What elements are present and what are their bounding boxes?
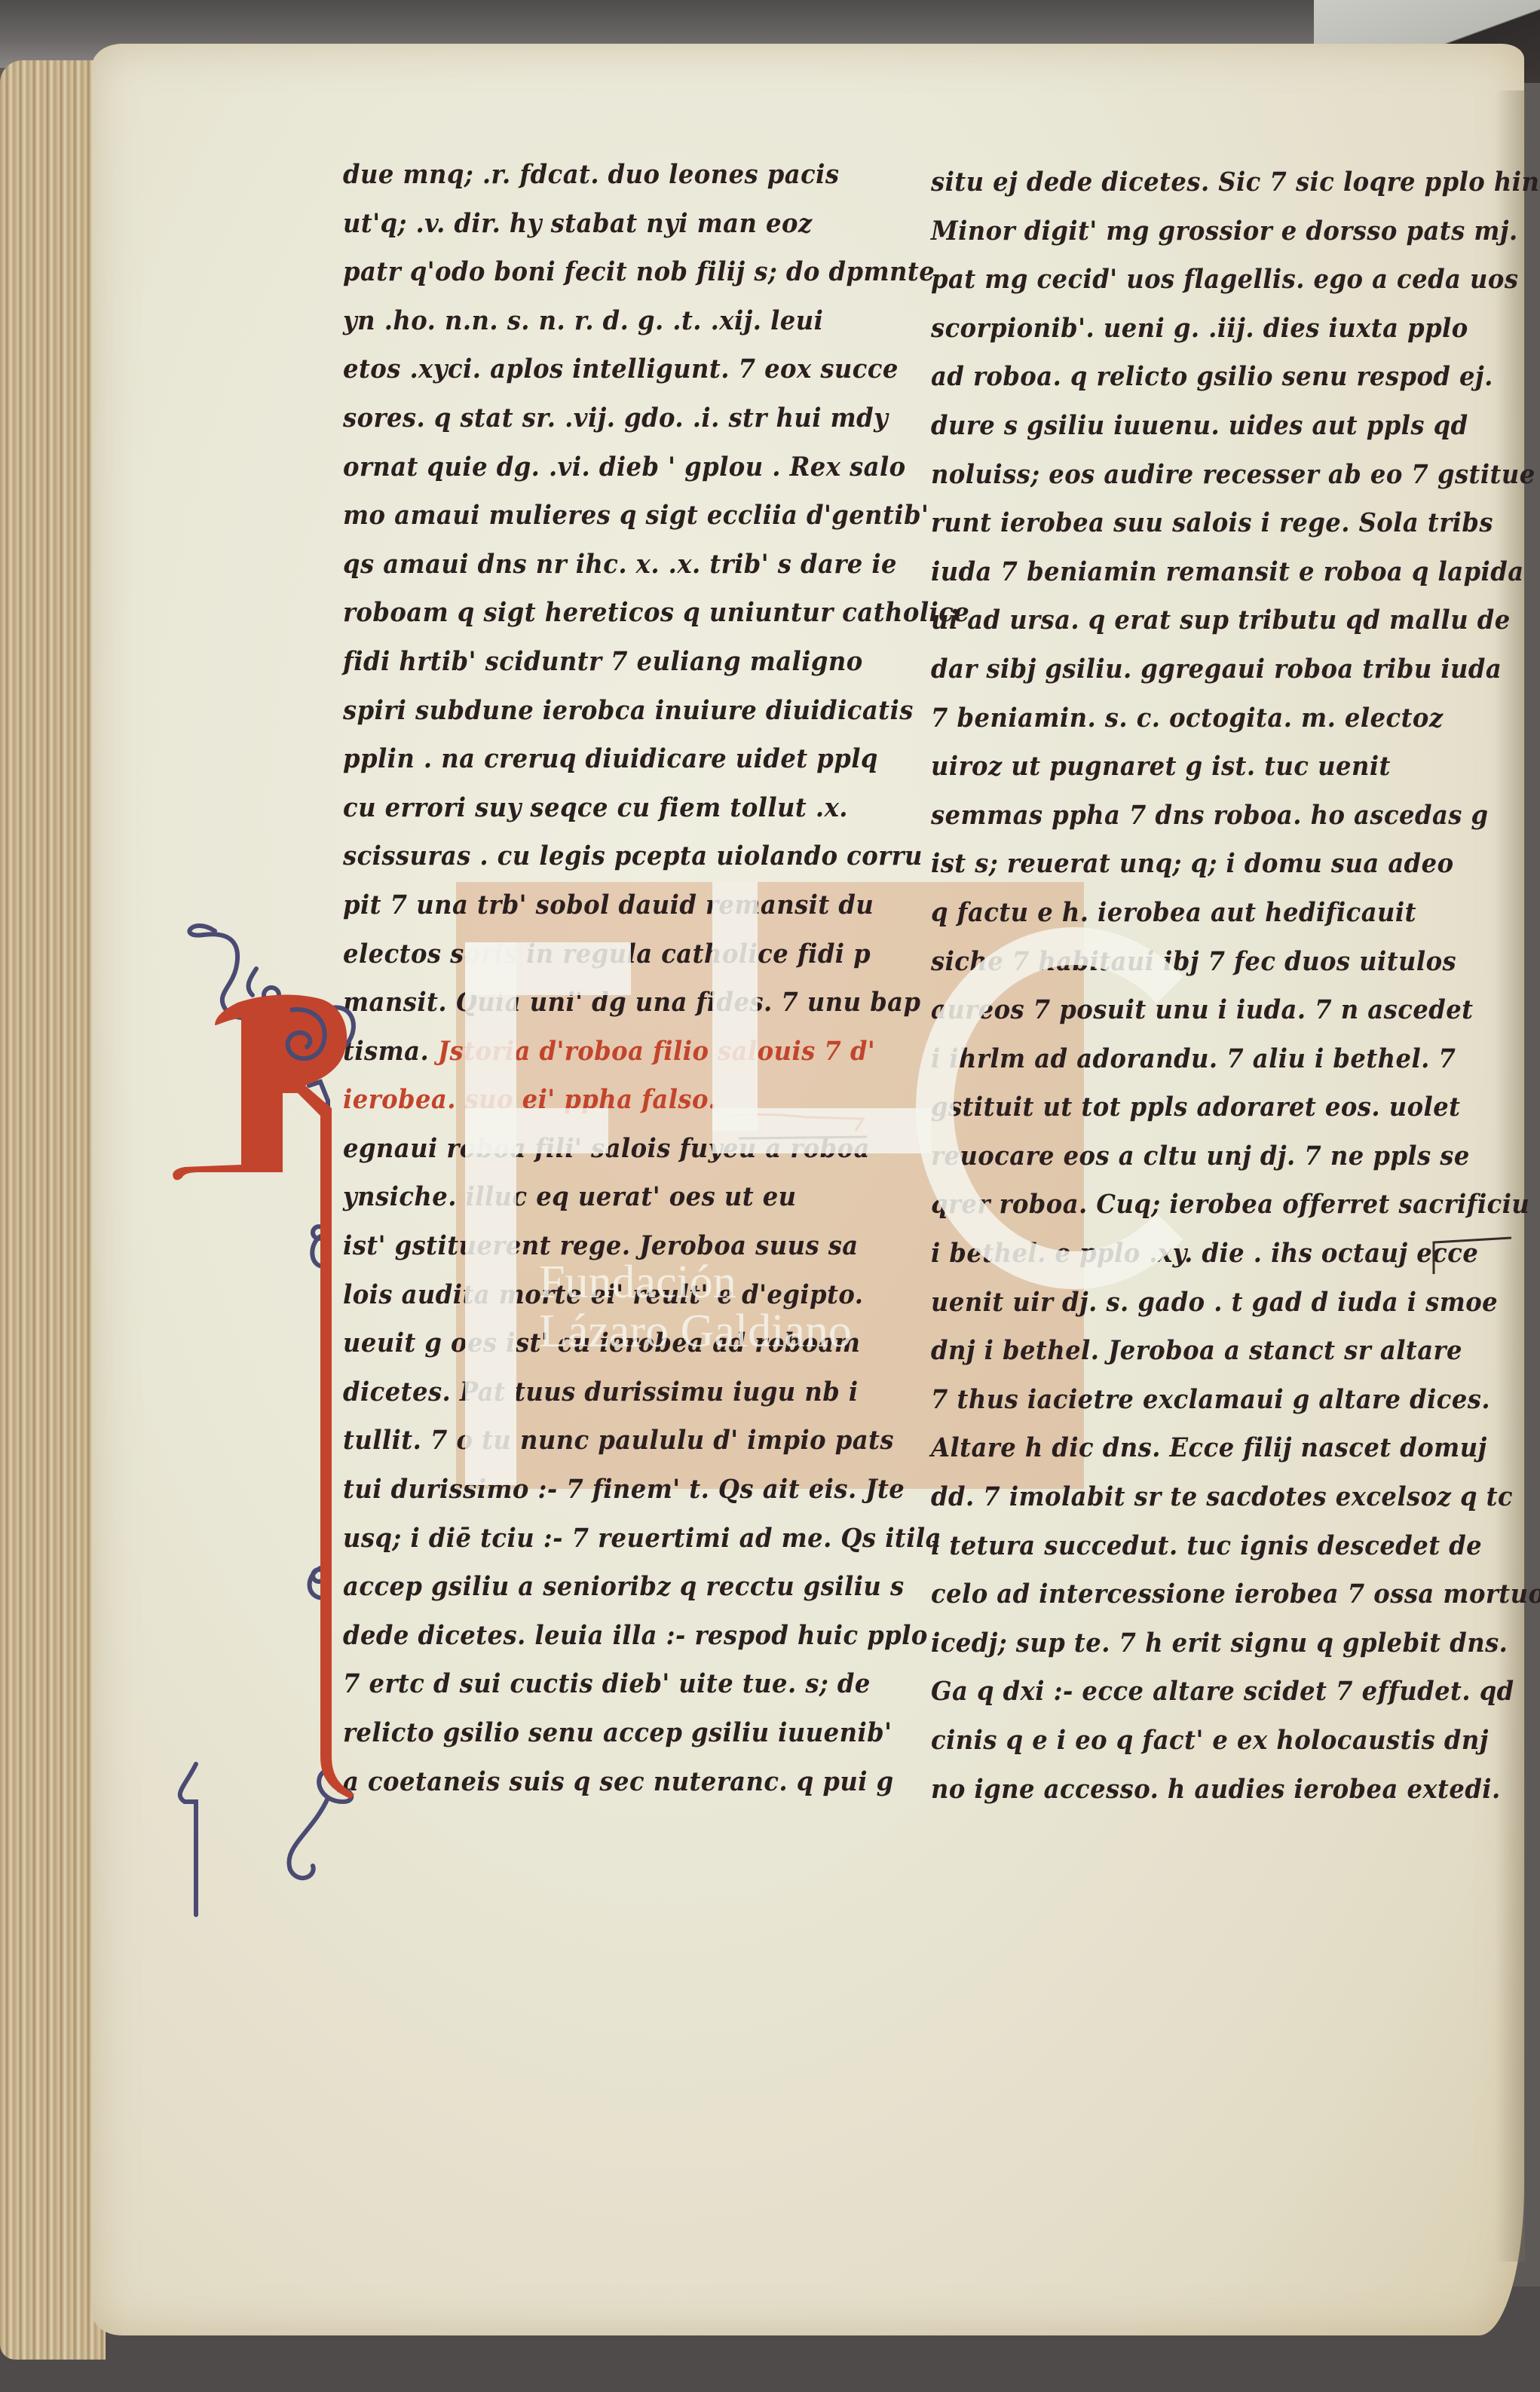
text-line: scissuras . cu legis pcepta uiolando cor… (343, 832, 815, 881)
text-line: Minor digit' mg grossior e dorsso pats m… (931, 207, 1416, 256)
text-line-with-rubric: tisma. Jstoria d'roboa filio salouis 7 d… (343, 1028, 815, 1077)
text-line: patr q'odo boni fecit nob filij s; do dp… (343, 248, 815, 297)
text-line: uiroz ut pugnaret g ist. tuc uenit (931, 743, 1416, 792)
text-line: i bethel. e pplo .xy. die . ihs octauj e… (931, 1230, 1416, 1279)
text-line: pat mg cecid' uos flagellis. ego a ceda … (931, 256, 1416, 305)
text-line: cinis q e i eo q fact' e ex holocaustis … (931, 1717, 1416, 1766)
text-line: q factu e h. ierobea aut hedificauit (931, 889, 1416, 938)
right-text-column: situ ej dede dicetes. Sic 7 sic loqre pp… (931, 158, 1459, 1814)
text-line: 7 thus iacietre exclamaui g altare dices… (931, 1376, 1416, 1425)
page-stack-fore-edge (0, 60, 106, 2360)
text-line: ad roboa. q relicto gsilio senu respod e… (931, 353, 1416, 402)
text-line: scorpionib'. ueni g. .iij. dies iuxta pp… (931, 305, 1416, 354)
text-line: runt ierobea suu salois i rege. Sola tri… (931, 499, 1416, 548)
text-line: dar sibj gsiliu. ggregaui roboa tribu iu… (931, 645, 1416, 694)
text-line: roboam q sigt hereticos q uniuntur catho… (343, 589, 815, 638)
text-line: tullit. 7 o tu nunc paululu d' impio pat… (343, 1417, 815, 1466)
decorated-initial-r (170, 912, 358, 1930)
text-line: icedj; sup te. 7 h erit signu q gplebit … (931, 1619, 1416, 1668)
text-line: ui ad ursa. q erat sup tributu qd mallu … (931, 596, 1416, 645)
text-line: qrer roboa. Cuq; ierobea offerret sacrif… (931, 1181, 1416, 1230)
text-line: dnj i bethel. Jeroboa a stanct sr altare (931, 1327, 1416, 1376)
text-line: qs amaui dns nr ihc. x. .x. trib' s dare… (343, 541, 815, 590)
text-line: Altare h dic dns. Ecce filij nascet domu… (931, 1424, 1416, 1473)
text-line: reuocare eos a cltu unj dj. 7 ne ppls se (931, 1132, 1416, 1181)
text-line: aureos 7 posuit unu i iuda. 7 n ascedet (931, 986, 1416, 1035)
text-line: cu errori suy seqce cu fiem tollut .x. (343, 784, 815, 833)
text-line: dede dicetes. leuia illa :- respod huic … (343, 1612, 815, 1661)
text-line: mansit. Quia uni' dg una fides. 7 unu ba… (343, 979, 815, 1028)
text-line: ynsiche. illuc eq uerat' oes ut eu (343, 1173, 815, 1222)
text-line: dicetes. Pat tuus durissimu iugu nb i (343, 1368, 815, 1417)
text-line: uenit uir dj. s. gado . t gad d iuda i s… (931, 1279, 1416, 1328)
text-line: 7 beniamin. s. c. octogita. m. electoz (931, 694, 1416, 743)
text-line: pit 7 una trb' sobol dauid remansit du (343, 881, 815, 930)
text-line: semmas ppha 7 dns roboa. ho ascedas g (931, 792, 1416, 841)
text-line: accep gsiliu a senioribz q recctu gsiliu… (343, 1563, 815, 1612)
text-line: sores. q stat sr. .vij. gdo. .i. str hui… (343, 394, 815, 443)
text-line: siche 7 habitaui ibj 7 fec duos uitulos (931, 938, 1416, 987)
text-line: ueuit g oes ist' cu ierobea ad roboam (343, 1319, 815, 1368)
text-line: gstituit ut tot ppls adoraret eos. uolet (931, 1083, 1416, 1132)
text-line: dure s gsiliu iuuenu. uides aut ppls qd (931, 402, 1416, 451)
text-line: mo amaui mulieres q sigt eccliia d'genti… (343, 492, 815, 541)
text-line: electos soris in regula catholice fidi p (343, 930, 815, 979)
text-line: a coetaneis suis q sec nuteranc. q pui g (343, 1758, 815, 1807)
rubric-line-filler (724, 1108, 874, 1146)
text-line: spiri subdune ierobca inuiure diuidicati… (343, 687, 815, 736)
text-line: fidi hrtib' sciduntr 7 euliang maligno (343, 638, 815, 687)
text-line: celo ad intercessione ierobea 7 ossa mor… (931, 1570, 1416, 1619)
rubric-heading-line-1: Jstoria d'roboa filio salouis 7 d' (438, 1036, 875, 1067)
left-text-column: due mnq; .r. fdcat. duo leones pacis ut'… (343, 151, 856, 1806)
text-line: i ihrlm ad adorandu. 7 aliu i bethel. 7 (931, 1035, 1416, 1084)
text-line: ist' gstituerent rege. Jeroboa suus sa (343, 1222, 815, 1271)
text-line: pplin . na creruq diuidicare uidet pplq (343, 735, 815, 784)
text-line: usq; i diē tciu :- 7 reuertimi ad me. Qs… (343, 1515, 815, 1564)
text-line: Ga q dxi :- ecce altare scidet 7 effudet… (931, 1668, 1416, 1717)
text-line: etos .xyci. aplos intelligunt. 7 eox suc… (343, 345, 815, 394)
text-line: ornat quie dg. .vi. dieb ' gplou . Rex s… (343, 443, 815, 492)
text-line: yn .ho. n.n. s. n. r. d. g. .t. .xij. le… (343, 297, 815, 346)
text-line: dd. 7 imolabit sr te sacdotes excelsoz q… (931, 1473, 1416, 1522)
margin-bracket-mark (1432, 1236, 1515, 1289)
text-line: 7 ertc d sui cuctis dieb' uite tue. s; d… (343, 1660, 815, 1709)
text-line: no igne accesso. h audies ierobea extedi… (931, 1766, 1416, 1815)
page-gutter-shadow (1495, 90, 1525, 2262)
text-line: relicto gsilio senu accep gsiliu iuuenib… (343, 1709, 815, 1758)
text-line: noluiss; eos audire recesser ab eo 7 gst… (931, 451, 1416, 500)
text-line: lois audita morte ei' reult' e d'egipto. (343, 1271, 815, 1320)
text-line: ist s; reuerat unq; q; i domu sua adeo (931, 840, 1416, 889)
text-line: ut'q; .v. dir. hy stabat nyi man eoz (343, 200, 815, 249)
text-line: situ ej dede dicetes. Sic 7 sic loqre pp… (931, 158, 1416, 207)
text-line: i tetura succedut. tuc ignis descedet de (931, 1522, 1416, 1571)
text-line: due mnq; .r. fdcat. duo leones pacis (343, 151, 815, 200)
text-line: tui durissimo :- 7 finem' t. Qs ait eis.… (343, 1466, 815, 1515)
text-line: iuda 7 beniamin remansit e roboa q lapid… (931, 548, 1416, 597)
